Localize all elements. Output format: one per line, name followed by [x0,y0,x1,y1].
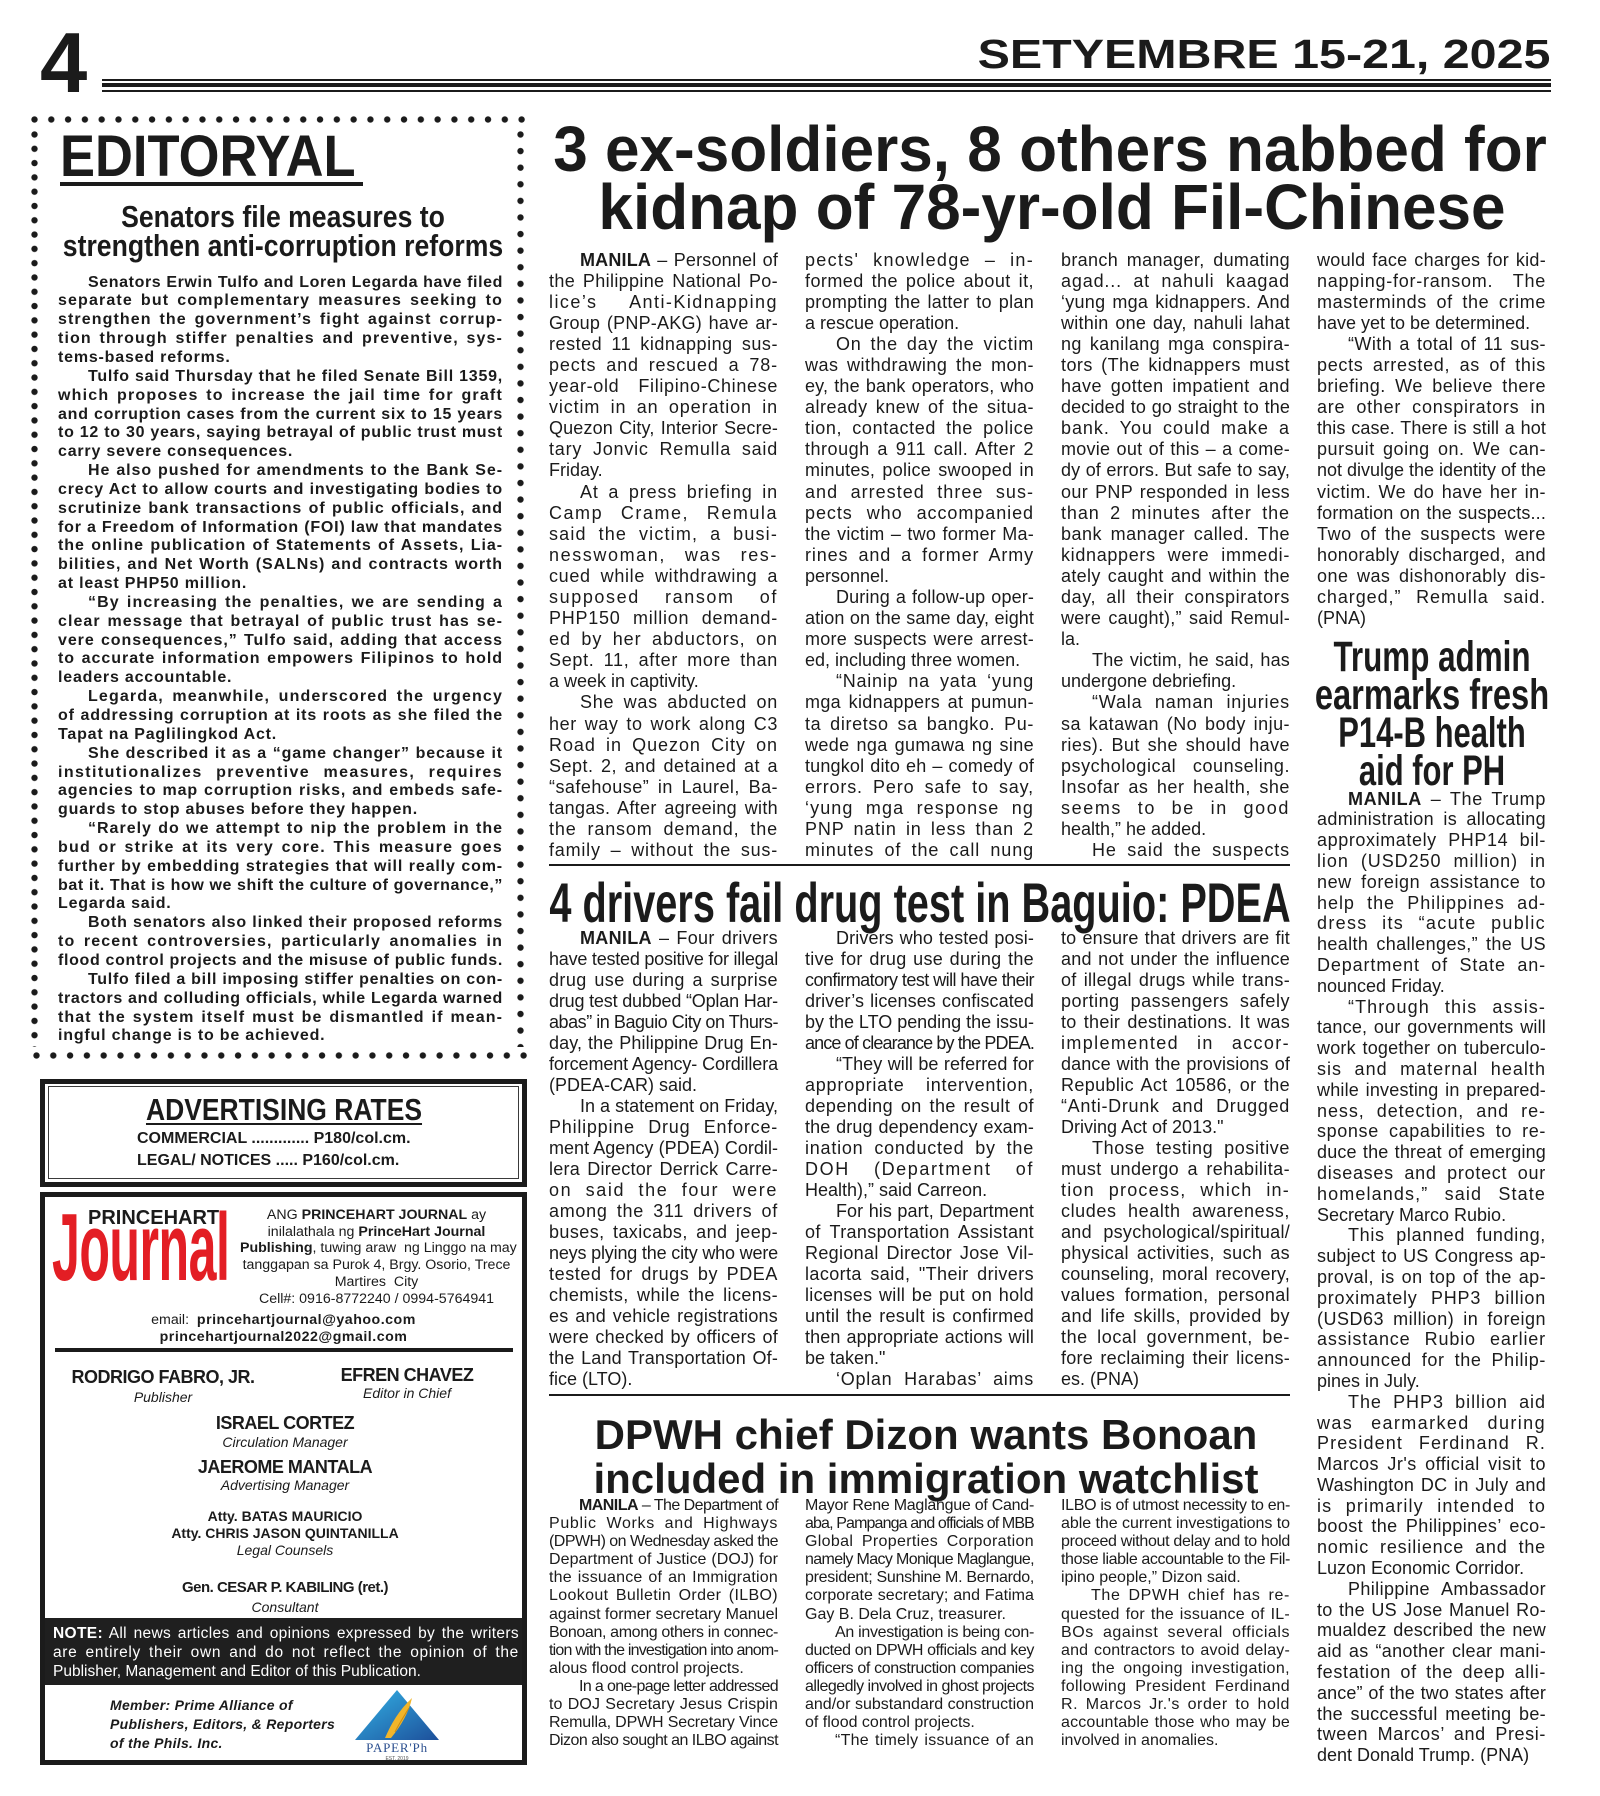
text-line: guards to stop abuses before they happen… [58,801,503,820]
text-line: are entirely their own and do not reflec… [53,1643,519,1662]
paragraph: For his part, Departmentof Transportatio… [805,1201,1034,1369]
text-line: In a statement on Friday, [549,1096,778,1117]
text-line: mualdez described the new [1317,1620,1546,1641]
text-line: separate but complementary measures seek… [58,292,503,311]
text-line: proceed without delay and to hold [1061,1533,1290,1551]
paragraph: “With a total of 11 sus-pects arrested, … [1317,334,1546,629]
text-line: carry severe consequences. [58,443,503,462]
text-line: dress its “acute public [1317,913,1546,934]
text-line: At a press briefing in [549,482,778,503]
text-line: pects arrested, as of this [1317,355,1546,376]
paragraph: Tulfo said Thursday that he filed Senate… [58,368,503,462]
header-rule-thin-top [102,79,1551,81]
rate-legal-notices: LEGAL/ NOTICES ..... P160/col.cm. [137,1151,399,1171]
paragraph: “Wala naman injuriessa katawan (No body … [1061,692,1290,840]
text-line: Sept. 2, and detained at a [549,756,778,777]
text-line: tested for drugs by PDEA [549,1264,778,1285]
text-line: one was dishonorably dis- [1317,566,1546,587]
article-column: ILBO is of utmost necessity to en-able t… [1061,1497,1290,1750]
dateline: MANILA [580,928,652,948]
text-line: bilities, and Net Worth (SALNs) and cont… [58,556,503,575]
info-line: Publishing, tuwing araw ng Linggo na may [240,1240,513,1257]
text-line: sponse capabilities to re- [1317,1121,1546,1142]
text-line: briefing. We believe there [1317,376,1546,397]
text-line: licenses will be put on hold [805,1285,1034,1306]
paragraph: She described it as a “game changer” bec… [58,745,503,820]
disclaimer-text: NOTE: All news articles and opinions exp… [53,1624,519,1681]
text-line: Mayor Rene Maglangue of Cand- [805,1497,1034,1515]
text-line: kidnappers were immedi- [1061,545,1290,566]
text-line: porting passengers safely [1061,991,1290,1012]
text-line: fice (LTO). [549,1369,778,1390]
text-line: Health),” said Carreon. [805,1180,1034,1201]
text: , tuwing araw ng Linggo na may [313,1240,517,1256]
text-line: wede nga gumawa ng sine [805,735,1034,756]
text-line: drug use during a surprise [549,970,778,991]
text-line: lacorta said, "Their drivers [805,1264,1034,1285]
text-line: The PHP3 billion aid [1317,1392,1546,1413]
text-line: Road in Quezon City on [549,735,778,756]
text-line: mga kidnappers at pumun- [805,692,1034,713]
text-line: corporate secretary; and Fatima [805,1587,1034,1605]
masthead-divider [55,1348,513,1352]
text-line: crecy Act to allow courts and investigat… [58,481,503,500]
dateline: MANILA [580,250,651,270]
info-line: Cell#: 0916-8772240 / 0994-5764941 [240,1291,513,1308]
text-line: work together on tuberculo- [1317,1038,1546,1059]
text-line: physical activities, such as [1061,1243,1290,1264]
text-line: the victim – two former Ma- [805,524,1034,545]
text-line: ta diretso sa bangko. Pu- [805,714,1034,735]
text-line: Quezon City, Interior Secre- [549,418,778,439]
text-line: values formation, personal [1061,1285,1290,1306]
text-line: new foreign assistance to [1317,872,1546,893]
text-line: “Nainip na yata ‘yung [805,671,1034,692]
headline-line: aid for PH [1358,752,1504,790]
bold-text: PrinceHart Journal [358,1224,485,1240]
rate-price: P160/col.cm. [302,1152,399,1169]
text-line: pects and rescued a 78- [549,355,778,376]
text-line: to their destinations. It was [1061,1012,1290,1033]
text-line: agencies to map corruption risks, and em… [58,782,503,801]
text-line: In a one-page letter addressed [549,1678,778,1696]
text-line-rest: All news articles and opinions expressed… [103,1625,519,1642]
text-line: Those testing positive [1061,1138,1290,1159]
text-line: to recent controversies, particularly an… [58,933,503,952]
text-line: to the US Jose Manuel Ro- [1317,1600,1546,1621]
text-line: Sept. 11, after more than [549,650,778,671]
text-line: said the victim, a busi- [549,524,778,545]
text: tanggapan sa Purok 4, Brgy. Osorio, Trec… [243,1257,511,1273]
text-line: He also pushed for amendments to the Ban… [58,462,503,481]
text-line: Friday. [549,460,778,481]
text-line: buses, taxicabs, and jeep- [549,1222,778,1243]
text-line: duce the threat of emerging [1317,1142,1546,1163]
text-line: tive for drug use during the [805,949,1034,970]
text-line: agad... at nahuli kaagad [1061,271,1290,292]
text-line: es and vehicle registrations [549,1306,778,1327]
text-line: among the 311 drivers of [549,1201,778,1222]
staff-role-advertising: Advertising Manager [115,1476,455,1494]
text-line: until the result is confirmed [805,1306,1034,1327]
text-line: to DOJ Secretary Jesus Crispin [549,1696,778,1714]
text-line: Secretary Marco Rubio. [1317,1205,1546,1226]
staff-name-legal-2: Atty. CHRIS JASON QUINTANILLA [115,1525,455,1542]
text-line: have yet to be determined. [1317,313,1546,334]
paragraph: Legarda, meanwhile, underscored the urge… [58,688,503,745]
text-line: namely Macy Monique Maglangue, [805,1551,1034,1569]
text-line: officers of construction companies [805,1660,1034,1678]
text-line: decided to go straight to the [1061,397,1290,418]
text-line: bud or strike at its very core. This mea… [58,839,503,858]
text-line: nomic resilience and the [1317,1537,1546,1558]
text-line: at least PHP50 million. [58,575,503,594]
text-line: tween Marcos’ and Presi- [1317,1724,1546,1745]
member-line: of the Phils. Inc. [110,1734,335,1753]
member-line: Member: Prime Alliance of [110,1696,335,1715]
paragraph: The PHP3 billion aidwas earmarked during… [1317,1392,1546,1579]
text-line: pects' knowledge – in- [805,250,1034,271]
staff-role-legal: Legal Counsels [115,1541,455,1559]
paragraph: “The timely issuance of an [805,1732,1034,1750]
text-line: Group (PNP-AKG) have ar- [549,313,778,334]
text-line: President Ferdinand R. [1317,1433,1546,1454]
text-line: lice’s Anti-Kidnapping [549,292,778,313]
paragraph: MANILA – Four drivershave tested positiv… [549,928,778,1096]
text-line: our PNP responded in less [1061,482,1290,503]
text-line: Republic Act 10586, or the [1061,1075,1290,1096]
text: email: [151,1312,197,1328]
paragraph: “By increasing the penalties, we are sen… [58,594,503,688]
paragraph: At a press briefing inCamp Crame, Remula… [549,482,778,693]
rate-leader: ............. [247,1130,314,1147]
text-line: neys plying the city who were [549,1243,778,1264]
paragraph: branch manager, dumatingagad... at nahul… [1061,250,1290,651]
dateline: MANILA [579,1497,638,1514]
paragraph: “Nainip na yata ‘yungmga kidnappers at p… [805,671,1034,861]
text-line: ey, the bank operators, who [805,376,1034,397]
text-line: boost the Philippines’ eco- [1317,1516,1546,1537]
text-line: tary Jonvic Remulla said [549,439,778,460]
text-line: PNP natin in less than 2 [805,819,1034,840]
text-line: (PDEA-CAR) said. [549,1075,778,1096]
text-line: and corruption cases from the current si… [58,406,503,425]
editorial-body: Senators Erwin Tulfo and Loren Legarda h… [58,274,503,1047]
text-line: ries). But she should have [1061,735,1290,756]
publication-info: ANG PRINCEHART JOURNAL ay inilalathala n… [240,1207,513,1307]
text-line: alous flood control projects. [549,1660,778,1678]
paragraph: “Through this assis-tance, our governmen… [1317,997,1546,1226]
text-line: R. Marcos Jr.'s order to hold [1061,1696,1290,1714]
text-line: dy of errors. But safe to say, [1061,460,1290,481]
text-line: day, the Philippine Drug En- [549,1033,778,1054]
article-column: Drivers who tested posi-tive for drug us… [805,928,1034,1390]
text-line: to accurate information empowers Filipin… [58,650,503,669]
dotted-border-left [31,131,38,1047]
text-line: to 12 to 30 years, saying betrayal of pu… [58,424,503,443]
text-line: ed by her abductors, on [549,629,778,650]
text-line: quested for the issuance of IL- [1061,1606,1290,1624]
text-line: An investigation is being con- [805,1624,1034,1642]
rate-leader: ..... [271,1152,302,1169]
text-line: ance” of the two states after [1317,1683,1546,1704]
text-line: Washington DC in July and [1317,1475,1546,1496]
text-line: help the Philippines ad- [1317,893,1546,914]
text-line: sis and maternal health [1317,1059,1546,1080]
text-line: ILBO is of utmost necessity to en- [1061,1497,1290,1515]
text-line: leaders accountable. [58,669,503,688]
advertising-title: ADVERTISING RATES [145,1094,421,1125]
paragraph: The victim, he said, hasundergone debrie… [1061,650,1290,692]
text-line: “Through this assis- [1317,997,1546,1018]
text-line: pursuit going on. We can- [1317,439,1546,460]
text-line: allegedly involved in ghost projects [805,1678,1034,1696]
text-line: have tested positive for illegal [549,949,778,970]
text-line: For his part, Department [805,1201,1034,1222]
text-line: and psychological/spiritual/ [1061,1222,1290,1243]
text-line: prompting the latter to plan [805,292,1034,313]
text-line: the issuance of an Immigration [549,1569,778,1587]
text-line: family – without the sus- [549,840,778,861]
text-line: formed the police about it, [805,271,1034,292]
text-line: ance of clearance by the PDEA. [805,1033,1034,1054]
staff-role-editor: Editor in Chief [237,1384,577,1402]
text-line: lera Director Derrick Carre- [549,1159,778,1180]
text-line: further by embedding strategies that wil… [58,858,503,877]
paragraph: “They will be referred forappropriate in… [805,1054,1034,1201]
text-line: Gay B. Dela Cruz, treasurer. [805,1606,1034,1624]
text-line: DOH (Department of [805,1159,1034,1180]
text-line: Remulla, DPWH Secretary Vince [549,1714,778,1732]
text-line: Legarda, meanwhile, underscored the urge… [58,688,503,707]
text-line: MANILA – The Trump [1317,789,1546,810]
paragraph: Tulfo filed a bill imposing stiffer pena… [58,971,503,1046]
text-line: es. (PNA) [1061,1369,1290,1390]
text-line: psychological counseling. [1061,756,1290,777]
staff-name-editor: EFREN CHAVEZ [237,1365,577,1385]
rate-price: P180/col.cm. [314,1130,411,1147]
issue-date: SETYEMBRE 15-21, 2025 [977,34,1550,75]
paragraph: On the day the victimwas withdrawing the… [805,334,1034,587]
text-line: scrutinize bank transactions of public o… [58,500,503,519]
text-line: bat it. That is how we shift the culture… [58,877,503,896]
staff-role-circulation: Circulation Manager [115,1433,455,1451]
paragraph: During a follow-up oper-ation on the sam… [805,587,1034,671]
logo-princehart-wordmark: PRINCEHART [88,1208,219,1228]
text-line: The victim, he said, has [1061,650,1290,671]
paragraph: Philippine Ambassadorto the US Jose Manu… [1317,1579,1546,1766]
text-line: driver’s licenses confiscated [805,991,1034,1012]
text-line: personnel. [805,566,1034,587]
text-line: must undergo a rehabilita- [1061,1159,1290,1180]
text-line: depending on the result of [805,1096,1034,1117]
text-line: ipino people,” Dizon said. [1061,1569,1290,1587]
email-line: princehartjournal2022@gmail.com [50,1329,517,1346]
text-line: were checked by officers of [549,1327,778,1348]
text-line: pines in July. [1317,1371,1546,1392]
text: ay [467,1207,486,1223]
text-line-rest: – The Trump [1422,789,1546,809]
bold-text: PRINCEHART JOURNAL [302,1207,468,1223]
text-line: fore reclaiming their licens- [1061,1348,1290,1369]
text-line: “By increasing the penalties, we are sen… [58,594,503,613]
text-line: proval, is on top of the ap- [1317,1267,1546,1288]
text-line: president; Sunshine M. Bernardo, [805,1569,1034,1587]
text-line: MANILA – The Department of [549,1497,778,1515]
text-line: by the LTO pending the issu- [805,1012,1034,1033]
text-line: minutes of the call nung [805,840,1034,861]
text-line: and life skills, provided by [1061,1306,1290,1327]
text-line: counseling, moral recovery, [1061,1264,1290,1285]
text-line: ‘yung mga response ng [805,798,1034,819]
dotted-border-top [31,116,526,123]
text-line: Bonoan, among others in connec- [549,1624,778,1642]
text-line: assistance Rubio earlier [1317,1329,1546,1350]
text-line: accountable those who may be [1061,1714,1290,1732]
text-line: and/or substandard construction [805,1696,1034,1714]
paragraph: She was abducted onher way to work along… [549,692,778,861]
text-line: “Anti-Drunk and Drugged [1061,1096,1290,1117]
paragraph: ‘Oplan Harabas’ aims [805,1369,1034,1390]
info-line: tanggapan sa Purok 4, Brgy. Osorio, Trec… [240,1257,513,1274]
text-line: ing the ongoing investigation, [1061,1660,1290,1678]
text-line-rest: – The Department of [638,1497,778,1514]
header-rule-thin-bottom [102,90,1551,92]
text-line: was earmarked during [1317,1413,1546,1434]
text-line: ducted on DPWH officials and key [805,1642,1034,1660]
paragraph: MANILA – The Department ofPublic Works a… [549,1497,778,1678]
text-line: (USD63 million) in foreign [1317,1309,1546,1330]
text-line: able the current investigations to [1061,1515,1290,1533]
text-line: Global Properties Corporation [805,1533,1034,1551]
text-line: vere consequences,” Tulfo said, adding t… [58,632,503,651]
text-line: Tulfo said Thursday that he filed Senate… [58,368,503,387]
text-line: be taken." [805,1348,1034,1369]
text-line: were caught),” said Remul- [1061,608,1290,629]
text-line: minutes, police swooped in [805,460,1034,481]
text-line: the online publication of Statements of … [58,537,503,556]
paragraph: In a one-page letter addressedto DOJ Sec… [549,1678,778,1750]
text-line: tungkol dito eh – comedy of [805,756,1034,777]
dotted-border-right [517,131,524,1047]
paragraph: He also pushed for amendments to the Ban… [58,462,503,594]
text-line: MANILA – Four drivers [549,928,778,949]
text-line: tance, our governments will [1317,1017,1546,1038]
text-line: nounced Friday. [1317,976,1546,997]
text-line: honorably discharged, and [1317,545,1546,566]
text-line: MANILA – Personnel of [549,250,778,271]
text-line: tion, contacted the police [805,418,1034,439]
headline-line: DPWH chief Dizon wants Bonoan [595,1413,1258,1457]
text-line: branch manager, dumating [1061,250,1290,271]
text-line: day, all their conspirators [1061,587,1290,608]
text-line: “Wala naman injuries [1061,692,1290,713]
email-line: email: princehartjournal@yahoo.com [50,1312,517,1329]
text-line: are other conspirators in [1317,397,1546,418]
page-number: 4 [40,21,87,106]
text-line: which proposes to increase the jail time… [58,387,503,406]
membership-text: Member: Prime Alliance of Publishers, Ed… [110,1696,335,1753]
text: Martires City [335,1274,419,1290]
rate-commercial: COMMERCIAL ............. P180/col.cm. [137,1129,411,1149]
text-line: Both senators also linked their proposed… [58,914,503,933]
staff-name-advertising: JAEROME MANTALA [115,1457,455,1477]
text-line: ‘Oplan Harabas’ aims [805,1369,1034,1390]
article-column: branch manager, dumatingagad... at nahul… [1061,250,1290,862]
paragraph: Mayor Rene Maglangue of Cand-aba, Pampan… [805,1497,1034,1624]
text-line: On the day the victim [805,334,1034,355]
article-column: to ensure that drivers are fitand not un… [1061,928,1290,1390]
paragraph: NOTE: All news articles and opinions exp… [53,1624,519,1681]
paragraph: MANILA – The Trumpadministration is allo… [1317,789,1546,997]
text-line: not divulge the identity of the [1317,460,1546,481]
text-line: subject to US Congress ap- [1317,1246,1546,1267]
text-line: then appropriate actions will [805,1327,1034,1348]
paragraph: Senators Erwin Tulfo and Loren Legarda h… [58,274,503,368]
text-line: would face charges for kid- [1317,250,1546,271]
text-line: this case. There is still a hot [1317,418,1546,439]
paper-ph-logo-icon: PAPER'Ph EST. 2019 [349,1688,445,1762]
staff-name-circulation: ISRAEL CORTEZ [115,1413,455,1433]
text-line: ‘yung mga kidnappers. And [1061,292,1290,313]
text-line: within one day, nahuli lahat [1061,313,1290,334]
article-column: MANILA – The Trumpadministration is allo… [1317,789,1546,1766]
text-line: formation on the suspects... [1317,503,1546,524]
text-line: Public Works and Highways [549,1515,778,1533]
text-line: rines and a former Army [805,545,1034,566]
text-line: against former secretary Manuel [549,1606,778,1624]
text-line: Publisher, Management and Editor of this… [53,1662,519,1681]
text-line: the ransom demand, the [549,819,778,840]
text-line: a rescue operation. [805,313,1034,334]
text-line: Dizon also sought an ILBO against [549,1732,778,1750]
text-line: diseases and protect our [1317,1163,1546,1184]
text-line: confirmatory test will have their [805,970,1034,991]
text-line: flood control projects and the misuse of… [58,952,503,971]
text-line: “They will be referred for [805,1054,1034,1075]
text-line: cued while withdrawing a [549,566,778,587]
article-headline: 4 drivers fail drug test in Baguio: PDEA [549,875,1290,931]
dotted-border-bottom [33,1052,528,1059]
header-rule-thick [102,83,1551,87]
section-label: EDITORYAL [60,128,356,186]
text-line: aba, Pampanga and officials of MBB [805,1515,1034,1533]
text-line: those liable accountable to the Fil- [1061,1551,1290,1569]
text-line: ation on the same day, eight [805,608,1034,629]
article-column: would face charges for kid-napping-for-r… [1317,250,1546,630]
dateline: MANILA [1348,789,1422,809]
text-line: dance with the provisions of [1061,1054,1290,1075]
text-line: a week in captivity. [549,671,778,692]
text-line: undergone debriefing. [1061,671,1290,692]
text-line: the Philippine National Po- [549,271,778,292]
paragraph: In a statement on Friday,Philippine Drug… [549,1096,778,1390]
text-line: Tulfo filed a bill imposing stiffer pena… [58,971,503,990]
section-label-underline [60,182,363,186]
text-line: and contractors to avoid delay- [1061,1642,1290,1660]
text-line: BOs against several officials [1061,1624,1290,1642]
paragraph: Drivers who tested posi-tive for drug us… [805,928,1034,1054]
paragraph: “Rarely do we attempt to nip the problem… [58,820,503,914]
article-column: MANILA – Four drivershave tested positiv… [549,928,778,1390]
text-line: napping-for-ransom. The [1317,271,1546,292]
text-line: sa katawan (No body inju- [1061,714,1290,735]
staff-name-legal-1: Atty. BATAS MAURICIO [115,1508,455,1525]
text-line: abas” in Baguio City on Thurs- [549,1012,778,1033]
headline-line: kidnap of 78-yr-old Fil-Chinese [598,175,1505,239]
article-column: MANILA – Personnel ofthe Philippine Nati… [549,250,778,862]
text-line: cludes health awareness, [1061,1201,1290,1222]
